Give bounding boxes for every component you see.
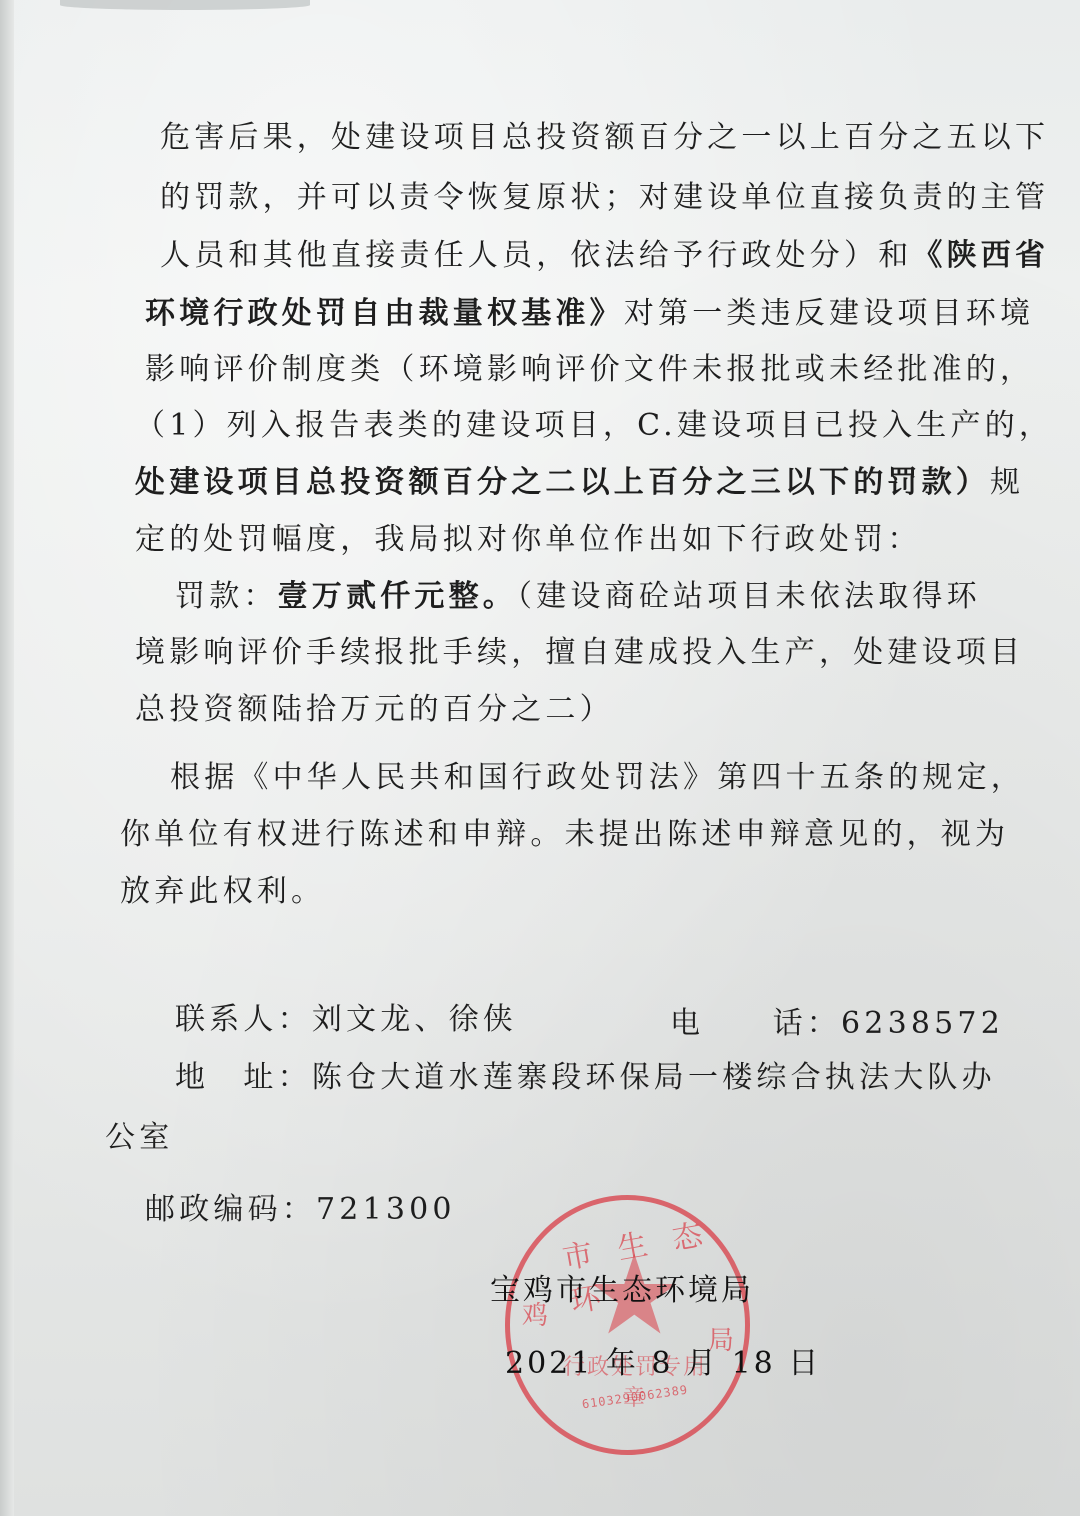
address-value: 陈仓大道水莲寨段环保局一楼综合执法大队办 [312,1060,996,1095]
postcode-value: 721300 [316,1192,456,1227]
text-line: 处建设项目总投资额百分之二以上百分之三以下的罚款）规 [135,463,1024,503]
contact-label: 联系人： [175,1002,312,1037]
phone-label: 电 话： [670,1006,841,1041]
postcode: 邮政编码：721300 [145,1190,456,1230]
address-label: 地 址： [175,1060,312,1095]
phone: 电 话：6238572 [670,1004,1004,1044]
contact-names: 刘文龙、徐侠 [312,1002,517,1037]
text-line: 放弃此权利。 [120,872,325,912]
fine-label: 罚款： [175,579,278,614]
text-segment: 人员和其他直接责任人员，依法给予行政处分）和 [160,238,912,273]
text-segment: 对第一类违反建设项目环境 [624,296,1034,331]
page-edge [0,0,14,1516]
page-fold [60,0,310,10]
address: 地 址：陈仓大道水莲寨段环保局一楼综合执法大队办 [175,1058,996,1098]
text-line: 总投资额陆拾万元的百分之二） [135,690,614,730]
issuer-name: 宝鸡市生态环境局 [490,1265,754,1309]
text-segment: 规 [990,465,1024,500]
text-line: 你单位有权进行陈述和申辩。未提出陈述申辩意见的，视为 [120,815,1009,855]
text-line: 危害后果，处建设项目总投资额百分之一以上百分之五以下 [160,118,1049,158]
contact-person: 联系人：刘文龙、徐侠 [175,1000,517,1040]
regulation-title: 环境行政处罚自由裁量权基准》 [145,296,624,331]
text-line: 人员和其他直接责任人员，依法给予行政处分）和《陕西省 [160,236,1049,276]
text-line: 定的处罚幅度，我局拟对你单位作出如下行政处罚： [135,520,922,560]
text-line: 影响评价制度类（环境影响评价文件未报批或未经批准的， [145,350,1034,390]
address-continued: 公室 [105,1118,173,1158]
postcode-label: 邮政编码： [145,1192,316,1227]
fine-amount: 壹万贰仟元整。 [278,579,517,614]
text-line: 环境行政处罚自由裁量权基准》对第一类违反建设项目环境 [145,294,1034,334]
issue-date: 2021 年 8 月 18 日 [505,1338,821,1382]
regulation-title: 《陕西省 [912,238,1049,273]
text-line: 罚款：壹万贰仟元整。（建设商砼站项目未依法取得环 [175,577,981,617]
text-line: 的罚款，并可以责令恢复原状；对建设单位直接负责的主管 [160,178,1049,218]
phone-number: 6238572 [841,1006,1004,1041]
text-line: （1）列入报告表类的建设项目，C.建设项目已投入生产的， [135,406,1053,446]
penalty-range: 处建设项目总投资额百分之二以上百分之三以下的罚款） [135,465,990,500]
text-line: 境影响评价手续报批手续，擅自建成投入生产，处建设项目 [135,633,1024,673]
official-seal: 市 生 态 环 鸡 局 ★ 行政处罚专用章 6103290062389 [505,1195,750,1455]
text-segment: （建设商砼站项目未依法取得环 [517,579,981,614]
text-line: 根据《中华人民共和国行政处罚法》第四十五条的规定， [170,758,1025,798]
